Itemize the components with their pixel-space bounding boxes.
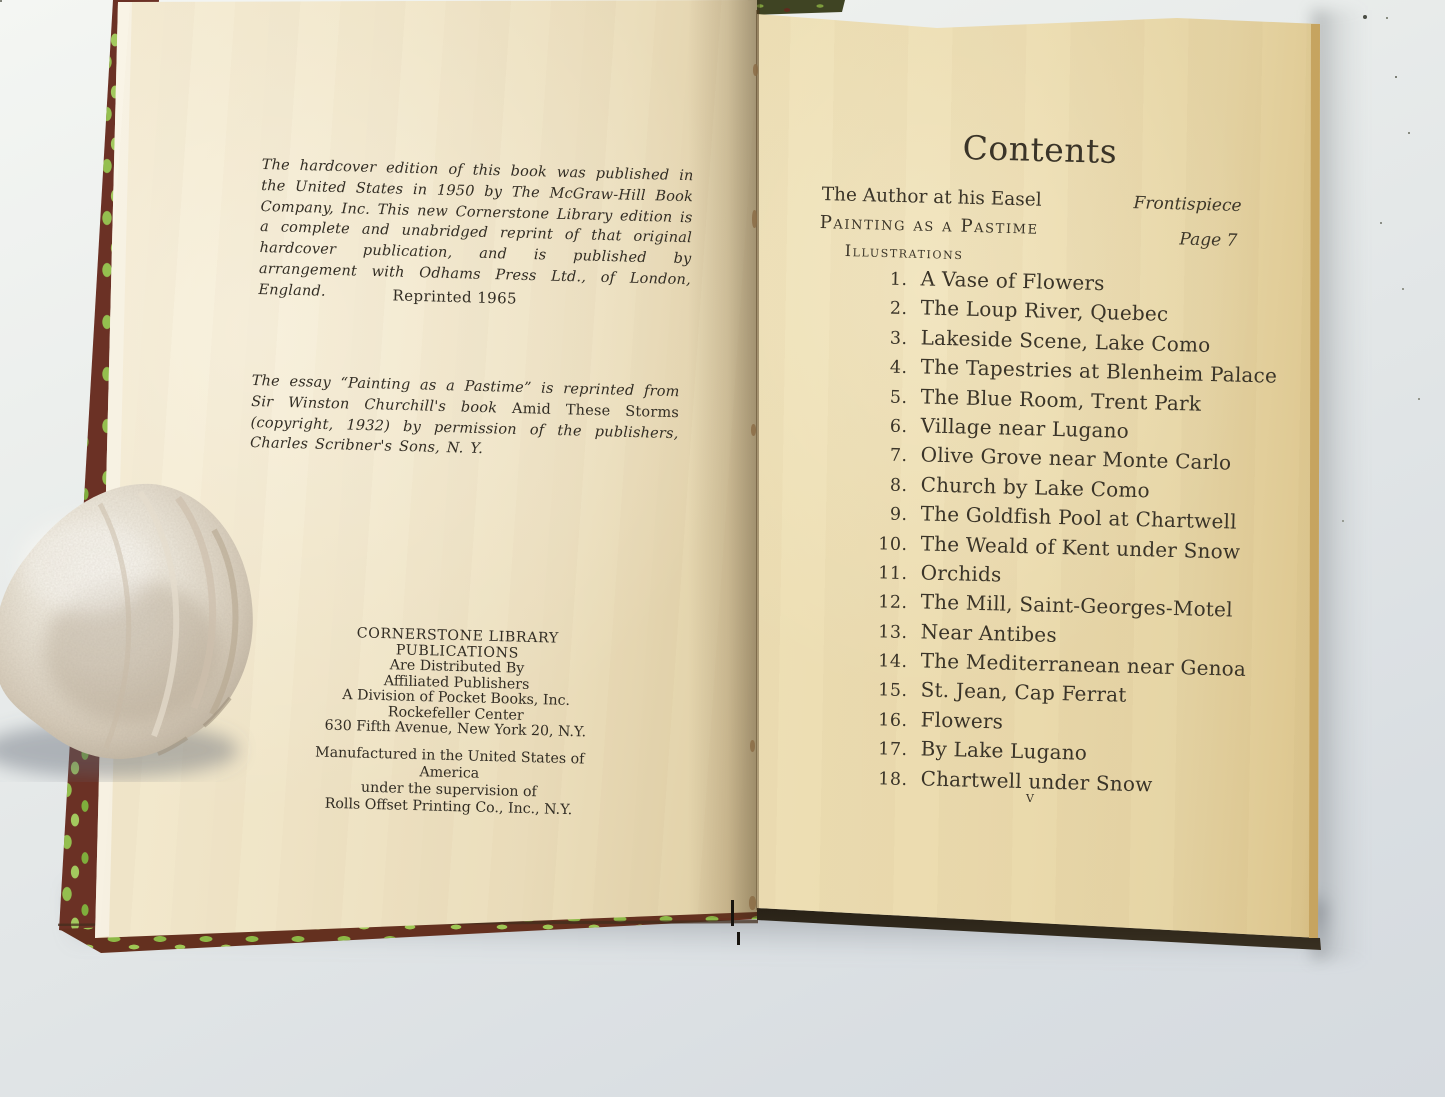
- essay-note-book-title: Amid These Storms: [512, 400, 679, 420]
- toc-item-number: 6.: [867, 416, 908, 437]
- binding-stitch: [749, 896, 756, 910]
- page-number: v: [758, 788, 1303, 806]
- toc-item-title: Flowers: [920, 707, 1003, 733]
- toc-item-number: 11.: [867, 563, 908, 584]
- toc-item-number: 16.: [867, 710, 908, 731]
- gutter-shadow: [688, 0, 760, 918]
- toc-item-number: 3.: [867, 328, 908, 349]
- toc-item-number: 13.: [867, 622, 908, 643]
- toc-item-title: By Lake Lugano: [920, 737, 1087, 765]
- front-matter-ref: Page 7: [1179, 229, 1237, 251]
- toc-item-title: Near Antibes: [920, 619, 1057, 647]
- toc-item-number: 2.: [867, 298, 908, 319]
- essay-copyright-note: The essay “Painting as a Pastime” is rep…: [250, 371, 680, 465]
- photo-open-book-scene: The hardcover edition of this book was p…: [0, 0, 1445, 1097]
- ink-mark: [731, 900, 734, 926]
- toc-item-number: 8.: [867, 475, 908, 496]
- toc-item-number: 14.: [867, 651, 908, 672]
- toc-item-title: A Vase of Flowers: [920, 266, 1105, 295]
- toc-item-number: 12.: [867, 592, 908, 613]
- ink-mark: [737, 932, 740, 945]
- toc-item-title: The Loup River, Quebec: [920, 296, 1168, 326]
- binding-stitch: [753, 64, 758, 76]
- toc-item-number: 9.: [867, 504, 908, 525]
- seashell-graphic: [0, 446, 278, 782]
- toc-item-title: Village near Lugano: [920, 413, 1129, 442]
- toc-item-number: 4.: [867, 357, 908, 378]
- illustrations-heading: Illustrations: [845, 241, 964, 263]
- seashell: [0, 446, 278, 782]
- front-matter-ref: Frontispiece: [1133, 193, 1242, 216]
- binding-stitch: [750, 740, 755, 752]
- toc-item-number: 18.: [867, 769, 908, 790]
- toc-item-number: 17.: [867, 739, 908, 760]
- manufacture-block: Manufactured in the United States of Ame…: [293, 744, 605, 820]
- distribution-block: CORNERSTONE LIBRARY PUBLICATIONS Are Dis…: [300, 625, 613, 742]
- toc-item-number: 1.: [867, 269, 908, 290]
- illustrations-list: 1. A Vase of Flowers 2. The Loup River, …: [868, 265, 1308, 794]
- toc-item-title: Orchids: [920, 560, 1002, 586]
- binding-stitch: [752, 210, 757, 228]
- surface-specks: [0, 0, 2, 2]
- toc-item-number: 5.: [867, 387, 908, 408]
- binding-stitch: [751, 424, 756, 436]
- toc-item-number: 15.: [867, 680, 908, 701]
- toc-item-title: Church by Lake Como: [920, 472, 1150, 502]
- toc-item-title: St. Jean, Cap Ferrat: [920, 678, 1126, 707]
- toc-item-number: 10.: [867, 534, 908, 555]
- toc-item-number: 7.: [867, 445, 908, 466]
- essay-note-suffix: (copyright, 1932) by permission of the p…: [250, 414, 679, 457]
